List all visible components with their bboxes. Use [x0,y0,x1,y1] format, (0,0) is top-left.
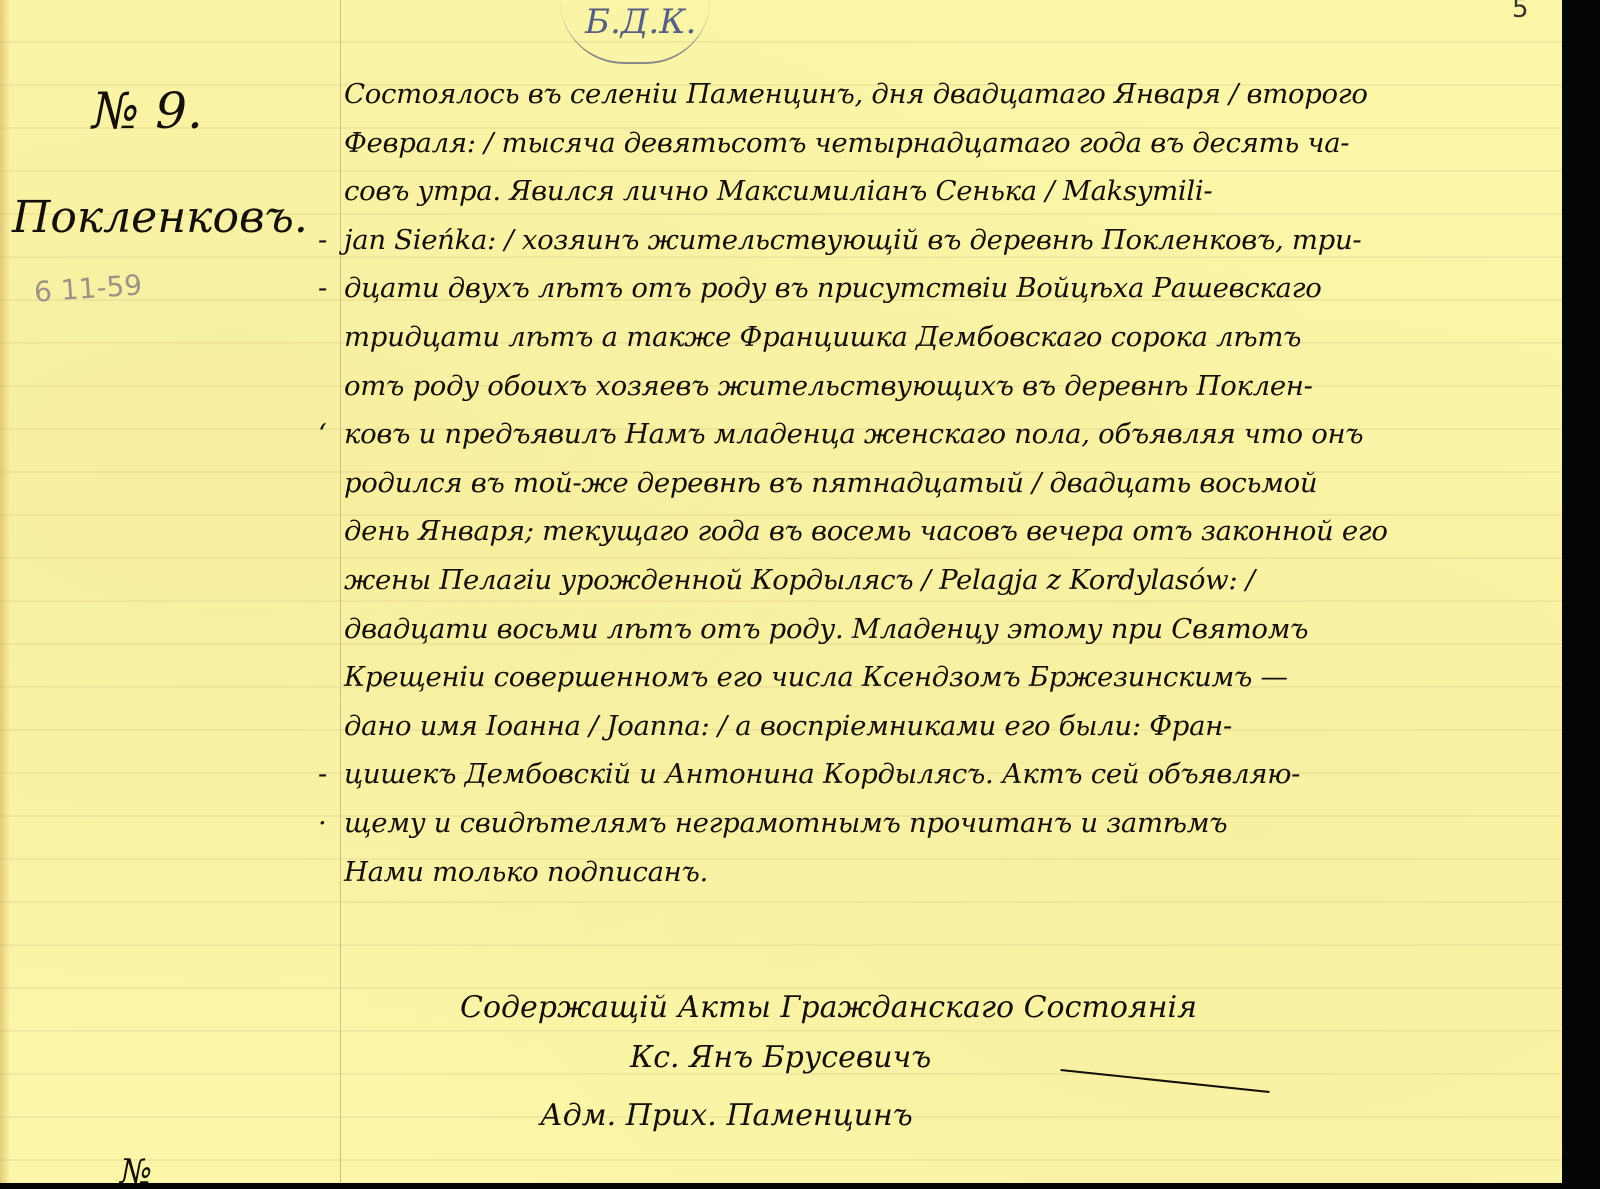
text-line: Февраля: / тысяча девятьсотъ четырнадцат… [330,119,1555,168]
text-line: двадцати восьми лѣтъ отъ роду. Младенцу … [330,605,1555,654]
line-text: ковъ и предъявилъ Намъ младенца женскаго… [344,410,1363,458]
line-text: щему и свидѣтелямъ неграмотнымъ прочитан… [344,799,1227,847]
next-record-fragment: № [120,1152,152,1183]
text-line: родился въ той-же деревнѣ въ пятнадцатый… [330,459,1555,508]
line-text: совъ утра. Явился лично Максимиліанъ Сен… [344,167,1212,215]
record-village-name: Покленковъ. [12,192,308,243]
line-text: двадцати восьми лѣтъ отъ роду. Младенцу … [344,605,1308,653]
line-text: Состоялось въ селеніи Паменцинъ, дня два… [344,70,1368,118]
line-text: жены Пелагіи урожденной Кордылясъ / Pela… [344,556,1255,604]
record-body-text: Состоялось въ селеніи Паменцинъ, дня два… [330,70,1555,896]
pencil-archive-note: 6 11-59 [33,268,143,308]
line-dash: - [318,264,327,312]
scan-border-right [1562,0,1600,1189]
line-dash: · [318,799,326,847]
line-text: Нами только подписанъ. [344,848,708,896]
line-text: день Января; текущаго года въ восемь час… [344,507,1388,555]
line-dash: - [318,216,327,264]
line-text: jan Sieńka: / хозяинъ жительствующій въ … [344,216,1361,264]
line-text: родился въ той-же деревнѣ въ пятнадцатый… [344,459,1317,507]
scan-border-bottom [0,1183,1600,1189]
record-number: № 9. [92,82,203,140]
line-text: дцати двухъ лѣтъ отъ роду въ присутствіи… [344,264,1321,312]
parish-administrator-line: Адм. Прих. Паменцинъ [540,1098,913,1133]
text-line: Крещеніи совершенномъ его числа Ксендзом… [330,653,1555,702]
line-dash: - [318,750,327,798]
registrar-signature: Кс. Янъ Брусевичъ [630,1040,931,1075]
text-line: дано имя Іоанна / Joanna: / а воспріемни… [330,702,1555,751]
line-text: Февраля: / тысяча девятьсотъ четырнадцат… [344,119,1349,167]
line-text: тридцати лѣтъ а также Францишка Дембовск… [344,313,1301,361]
text-line: ·щему и свидѣтелямъ неграмотнымъ прочита… [330,799,1555,848]
archive-stamp-text: Б.Д.К. [585,2,696,42]
page-fold-shadow [0,0,10,1183]
text-line: -jan Sieńka: / хозяинъ жительствующій въ… [330,216,1555,265]
line-dash: ‘ [318,410,326,458]
text-line: -дцати двухъ лѣтъ отъ роду въ присутстві… [330,264,1555,313]
line-text: отъ роду обоихъ хозяевъ жительствующихъ … [344,362,1313,410]
line-text: цишекъ Дембовскій и Антонина Кордылясъ. … [344,750,1300,798]
text-line: день Января; текущаго года въ восемь час… [330,507,1555,556]
text-line: Нами только подписанъ. [330,848,1555,897]
signature-flourish [1060,1069,1269,1093]
text-line: отъ роду обоихъ хозяевъ жительствующихъ … [330,362,1555,411]
line-text: дано имя Іоанна / Joanna: / а воспріемни… [344,702,1232,750]
text-line: ‘ковъ и предъявилъ Намъ младенца женскаг… [330,410,1555,459]
text-line: -цишекъ Дембовскій и Антонина Кордылясъ.… [330,750,1555,799]
page-number: 5 [1512,0,1529,24]
scanned-register-page: Б.Д.К. 5 № 9. Покленковъ. 6 11-59 Состоя… [0,0,1562,1183]
text-line: тридцати лѣтъ а также Францишка Дембовск… [330,313,1555,362]
text-line: совъ утра. Явился лично Максимиліанъ Сен… [330,167,1555,216]
registrar-title: Содержащій Акты Гражданскаго Состоянія [460,990,1197,1025]
text-line: жены Пелагіи урожденной Кордылясъ / Pela… [330,556,1555,605]
text-line: Состоялось въ селеніи Паменцинъ, дня два… [330,70,1555,119]
line-text: Крещеніи совершенномъ его числа Ксендзом… [344,653,1288,701]
